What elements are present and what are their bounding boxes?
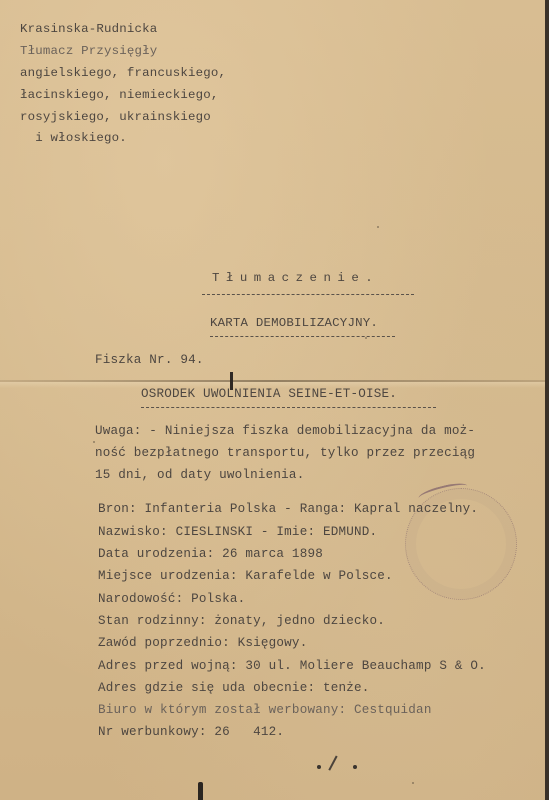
paper-speck [412,782,414,784]
paper-speck [377,226,379,228]
field-marital-status: Stan rodzinny: żonaty, jedno dziecko. [98,614,385,629]
note-line-1: Uwaga: - Niniejsza fiszka demobilizacyjn… [95,424,475,439]
note-line-3: 15 dni, od daty uwolnienia. [95,468,304,483]
paper-speck [365,337,367,339]
field-surname-name: Nazwisko: CIESLINSKI - Imie: EDMUND. [98,525,377,540]
field-prewar-address: Adres przed wojną: 30 ul. Moliere Beauch… [98,659,486,674]
card-number: Fiszka Nr. 94. [95,353,204,368]
field-previous-occupation: Zawód poprzednio: Księgowy. [98,636,307,651]
center-underline [141,407,436,408]
footer-dot-left [317,765,321,769]
field-nationality: Narodowość: Polska. [98,592,245,607]
release-center: OSRODEK UWOLNIENIA SEINE-ET-OISE. [141,387,397,402]
field-recruitment-number: Nr werbunkowy: 26 412. [98,725,284,740]
page-edge [545,0,549,800]
translator-languages-3: rosyjskiego, ukrainskiego [20,110,211,125]
footer-dot-right [353,765,357,769]
document-title: Tłumaczenie. [212,271,379,286]
field-current-address: Adres gdzie się uda obecnie: tenże. [98,681,370,696]
field-branch-rank: Bron: Infanteria Polska - Ranga: Kapral … [98,502,478,517]
document-subtitle: KARTA DEMOBILIZACYJNY. [210,316,378,331]
translator-title: Tłumacz Przysięgły [20,44,157,59]
translator-languages-1: angielskiego, francuskiego, [20,66,226,81]
translator-name: Krasinska-Rudnicka [20,22,157,37]
document-page: Krasinska-Rudnicka Tłumacz Przysięgły an… [0,0,549,800]
field-birth-date: Data urodzenia: 26 marca 1898 [98,547,323,562]
translator-languages-2: łacinskiego, niemieckiego, [20,88,219,103]
ink-mark-bottom [198,782,203,800]
field-birth-place: Miejsce urodzenia: Karafelde w Polsce. [98,569,393,584]
footer-slash [328,756,337,771]
field-recruitment-office: Biuro w którym został werbowany: Cestqui… [98,703,432,718]
subtitle-underline [210,336,395,337]
note-line-2: ność bezpłatnego transportu, tylko przez… [95,446,475,461]
translator-languages-4: i włoskiego. [20,131,127,146]
title-underline [202,294,414,295]
paper-speck [93,441,95,443]
